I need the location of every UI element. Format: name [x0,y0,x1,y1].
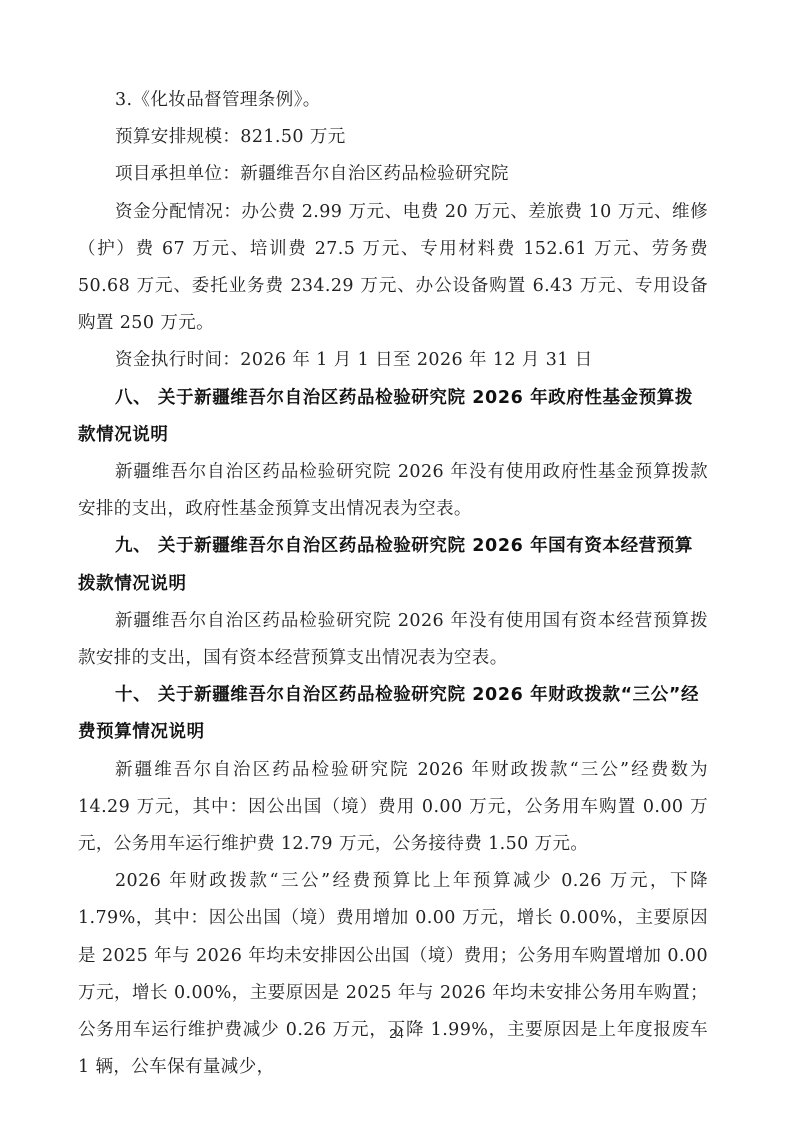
project-unit: 项目承担单位：新疆维吾尔自治区药品检验研究院 [78,156,708,193]
fund-allocation: 资金分配情况：办公费 2.99 万元、电费 20 万元、差旅费 10 万元、维修… [78,194,708,343]
budget-scale: 预算安排规模：821.50 万元 [78,119,708,156]
item3-title: 3.《化妆品督管理条例》。 [78,82,708,119]
section-10-body-2: 2026 年财政拨款“三公”经费预算比上年预算减少 0.26 万元，下降 1.7… [78,863,708,1086]
section-8-heading: 八、 关于新疆维吾尔自治区药品检验研究院 2026 年政府性基金预算拨款情况说明 [78,380,708,454]
section-9-body: 新疆维吾尔自治区药品检验研究院 2026 年没有使用国有资本经营预算拨款安排的支… [78,603,708,677]
section-8-body: 新疆维吾尔自治区药品检验研究院 2026 年没有使用政府性基金预算拨款安排的支出… [78,454,708,528]
page-number: 24 [0,1026,793,1041]
section-9-heading: 九、 关于新疆维吾尔自治区药品检验研究院 2026 年国有资本经营预算拨款情况说… [78,528,708,602]
execution-time: 资金执行时间：2026 年 1 月 1 日至 2026 年 12 月 31 日 [78,342,708,379]
section-10-heading: 十、 关于新疆维吾尔自治区药品检验研究院 2026 年财政拨款“三公”经费预算情… [78,677,708,751]
document-page: 3.《化妆品督管理条例》。 预算安排规模：821.50 万元 项目承担单位：新疆… [78,82,708,1086]
section-10-body-1: 新疆维吾尔自治区药品检验研究院 2026 年财政拨款“三公”经费数为 14.29… [78,752,708,864]
